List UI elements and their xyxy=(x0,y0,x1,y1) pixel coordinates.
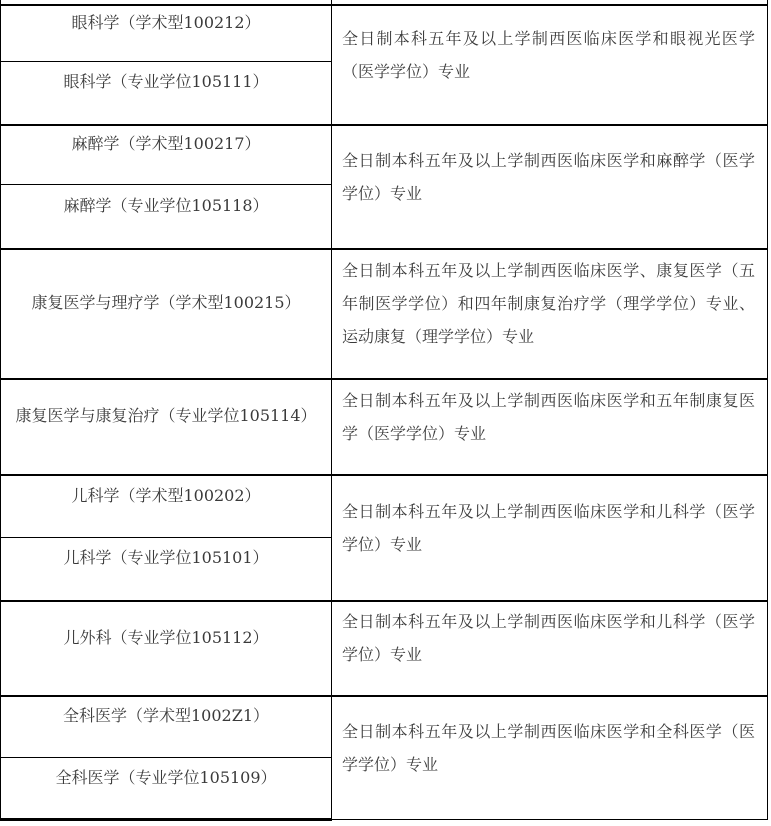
program-cell: 全科医学（专业学位105109） xyxy=(1,758,332,820)
program-cell: 眼科学（专业学位105111） xyxy=(1,62,332,125)
requirement-cell: 全日制本科五年及以上学制西医临床医学和儿科学（医学学位）专业 xyxy=(332,601,768,696)
program-cell: 康复医学与理疗学（学术型100215） xyxy=(1,249,332,379)
requirement-cell: 全日制本科五年及以上学制西医临床医学和眼视光医学（医学学位）专业 xyxy=(332,5,768,125)
program-cell: 眼科学（学术型100212） xyxy=(1,5,332,62)
program-cell: 康复医学与康复治疗（专业学位105114） xyxy=(1,379,332,475)
program-cell: 麻醉学（学术型100217） xyxy=(1,125,332,185)
table-row: 康复医学与理疗学（学术型100215） 全日制本科五年及以上学制西医临床医学、康… xyxy=(1,249,768,379)
requirement-cell: 全日制本科五年及以上学制西医临床医学和麻醉学（医学学位）专业 xyxy=(332,125,768,249)
table-row: 康复医学与康复治疗（专业学位105114） 全日制本科五年及以上学制西医临床医学… xyxy=(1,379,768,475)
program-cell: 儿科学（专业学位105101） xyxy=(1,538,332,601)
requirement-cell: 全日制本科五年及以上学制西医临床医学和儿科学（医学学位）专业 xyxy=(332,475,768,601)
requirement-cell: 全日制本科五年及以上学制西医临床医学和五年制康复医学（医学学位）专业 xyxy=(332,379,768,475)
requirement-cell: 全日制本科五年及以上学制西医临床医学、康复医学（五年制医学学位）和四年制康复治疗… xyxy=(332,249,768,379)
document-page: 眼科学（学术型100212） 全日制本科五年及以上学制西医临床医学和眼视光医学（… xyxy=(0,0,771,821)
table-row: 眼科学（学术型100212） 全日制本科五年及以上学制西医临床医学和眼视光医学（… xyxy=(1,5,768,62)
admission-requirements-table: 眼科学（学术型100212） 全日制本科五年及以上学制西医临床医学和眼视光医学（… xyxy=(0,0,768,821)
program-cell: 麻醉学（专业学位105118） xyxy=(1,185,332,249)
table-row: 麻醉学（学术型100217） 全日制本科五年及以上学制西医临床医学和麻醉学（医学… xyxy=(1,125,768,185)
table-row: 全科医学（学术型1002Z1） 全日制本科五年及以上学制西医临床医学和全科医学（… xyxy=(1,696,768,758)
program-cell: 儿外科（专业学位105112） xyxy=(1,601,332,696)
table-row: 儿外科（专业学位105112） 全日制本科五年及以上学制西医临床医学和儿科学（医… xyxy=(1,601,768,696)
program-cell: 儿科学（学术型100202） xyxy=(1,475,332,538)
program-cell: 全科医学（学术型1002Z1） xyxy=(1,696,332,758)
requirement-cell: 全日制本科五年及以上学制西医临床医学和全科医学（医学学位）专业 xyxy=(332,696,768,820)
table-row: 儿科学（学术型100202） 全日制本科五年及以上学制西医临床医学和儿科学（医学… xyxy=(1,475,768,538)
